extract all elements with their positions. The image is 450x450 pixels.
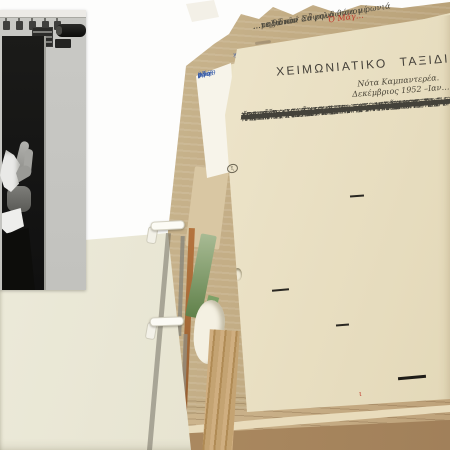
manuscript-content: ΧΕΙΜΩΝΙΑΤΙΚΟ ΤΑΞΙΔΙ Νότα Καμπαντερέα. Δε… (232, 27, 450, 419)
vent-slot-small (55, 39, 71, 48)
enlarger-knob-cap (56, 26, 62, 35)
hanging-clip (16, 21, 23, 30)
binder-prong-bar (150, 316, 184, 326)
manuscript-line: λή καί συντροφιά ἀγαπημένη, Σιντριβάνι… (240, 98, 431, 122)
binder-prong-bottom (146, 314, 185, 341)
manuscript-body: Ὁ φίλος μου κ' ἐγώ ἀποφασίσαμε νά ταξιδέ… (241, 95, 450, 112)
photo-top-bar (0, 10, 86, 18)
inset-bw-photo (0, 10, 86, 290)
binder-prong-top (146, 218, 185, 246)
hanging-clip (3, 21, 10, 30)
red-ink-mark: ι (359, 390, 362, 398)
archive-photo-collage: …ταξιδιῶν Σύψηλα θάνον ρωνιά…μηρά καί σά… (0, 0, 450, 450)
binder-prong-bar (150, 220, 184, 231)
